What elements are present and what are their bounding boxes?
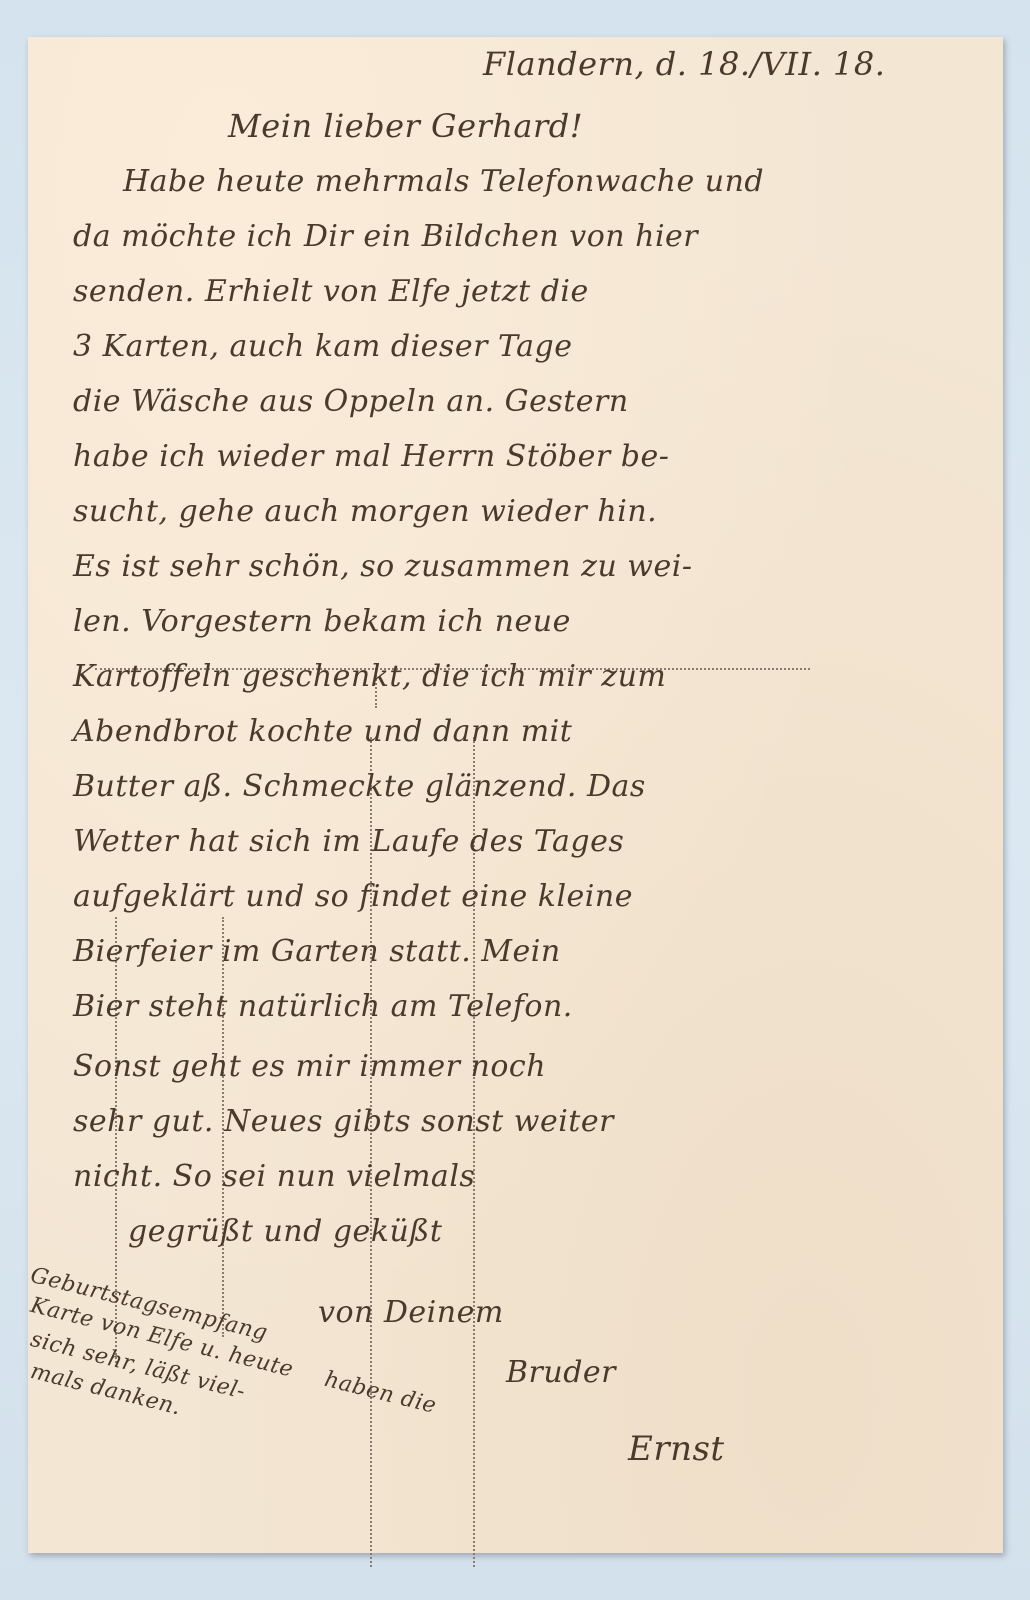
body-line: sehr gut. Neues gibts sonst weiter — [73, 1104, 614, 1139]
body-line: Es ist sehr schön, so zusammen zu wei- — [73, 549, 692, 584]
body-line: 3 Karten, auch kam dieser Tage — [73, 329, 572, 364]
postcard: Flandern, d. 18./VII. 18. Mein lieber Ge… — [28, 37, 1003, 1553]
stamp-box-line — [370, 737, 372, 1567]
closing-relation: Bruder — [506, 1355, 616, 1390]
body-line: Habe heute mehrmals Telefonwache und — [123, 164, 764, 199]
body-line: Sonst geht es mir immer noch — [73, 1049, 546, 1084]
body-line: nicht. So sei nun vielmals — [73, 1159, 475, 1194]
body-line: aufgeklärt und so findet eine kleine — [73, 879, 633, 914]
body-line: senden. Erhielt von Elfe jetzt die — [73, 274, 589, 309]
body-line: sucht, gehe auch morgen wieder hin. — [73, 494, 657, 529]
body-line: Bierfeier im Garten statt. Mein — [73, 934, 561, 969]
body-line: gegrüßt und geküßt — [128, 1214, 442, 1249]
body-line: Wetter hat sich im Laufe des Tages — [73, 824, 624, 859]
body-line: die Wäsche aus Oppeln an. Gestern — [73, 384, 629, 419]
dateline: Flandern, d. 18./VII. 18. — [483, 45, 885, 83]
body-line: Kartoffeln geschenkt, die ich mir zum — [73, 659, 666, 694]
margin-note-line: haben die — [322, 1367, 439, 1419]
body-line: da möchte ich Dir ein Bildchen von hier — [73, 219, 698, 254]
body-line: habe ich wieder mal Herrn Stöber be- — [73, 439, 669, 474]
body-line: len. Vorgestern bekam ich neue — [73, 604, 571, 639]
body-line: Butter aß. Schmeckte glänzend. Das — [73, 769, 646, 804]
salutation: Mein lieber Gerhard! — [228, 107, 583, 145]
stamp-box-line — [473, 737, 475, 1567]
closing-from: von Deinem — [318, 1295, 504, 1330]
signature: Ernst — [628, 1429, 725, 1469]
body-line: Abendbrot kochte und dann mit — [73, 714, 572, 749]
body-line: Bier steht natürlich am Telefon. — [73, 989, 573, 1024]
